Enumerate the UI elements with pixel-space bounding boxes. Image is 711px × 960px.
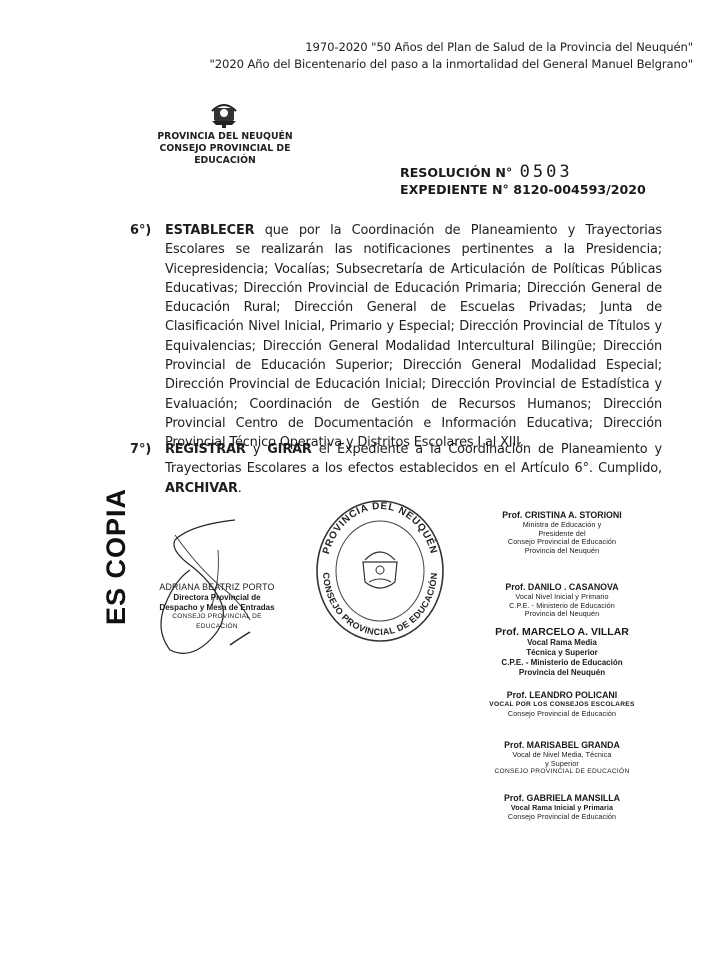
- motto-line-2: "2020 Año del Bicentenario del paso a la…: [210, 56, 693, 73]
- signatory-org: CONSEJO PROVINCIAL DE EDUCACIÓN: [478, 768, 646, 777]
- article-final-verb: ARCHIVAR: [165, 481, 238, 496]
- article-ordinal: 7°): [130, 440, 151, 459]
- article-end: .: [238, 481, 242, 496]
- article-verb-1: REGISTRAR: [165, 442, 246, 457]
- certifier-name: ADRIANA BEATRIZ PORTO: [152, 583, 282, 593]
- article-ordinal: 6°): [130, 221, 151, 240]
- signatory-mansilla: Prof. GABRIELA MANSILLA Vocal Rama Inici…: [478, 793, 646, 821]
- document-references: RESOLUCIÓN N° 0503 EXPEDIENTE N° 8120-00…: [400, 164, 646, 198]
- article-verb: ESTABLECER: [165, 223, 254, 238]
- signatory-province: Provincia del Neuquén: [478, 610, 646, 619]
- signatory-policani: Prof. LEANDRO POLICANI VOCAL POR LOS CON…: [478, 690, 646, 718]
- signatory-role: Vocal Rama Media: [478, 638, 646, 648]
- svg-text:CONSEJO PROVINCIAL DE EDUCACIÓ: CONSEJO PROVINCIAL DE EDUCACIÓN: [321, 572, 439, 637]
- org-council: CONSEJO PROVINCIAL DE EDUCACIÓN: [130, 143, 320, 167]
- svg-text:PROVINCIA DEL NEUQUÉN: PROVINCIA DEL NEUQUÉN: [321, 501, 439, 556]
- article-body: ESTABLECER que por la Coordinación de Pl…: [165, 221, 662, 453]
- article-verb-2: GIRAR: [267, 442, 311, 457]
- certifier-org: CONSEJO PROVINCIAL DE EDUCACIÓN: [152, 612, 282, 632]
- expediente-ref: EXPEDIENTE N° 8120-004593/2020: [400, 181, 646, 198]
- provincial-crest-icon: [206, 99, 242, 129]
- expediente-number: 8120-004593/2020: [513, 182, 646, 197]
- certifier-block: ADRIANA BEATRIZ PORTO Directora Provinci…: [152, 583, 282, 632]
- org-province: PROVINCIA DEL NEUQUÉN: [130, 131, 320, 143]
- article-body: REGISTRAR y GIRAR el Expediente a la Coo…: [165, 440, 662, 498]
- organization-header: PROVINCIA DEL NEUQUÉN CONSEJO PROVINCIAL…: [130, 131, 320, 167]
- signatory-storioni: Prof. CRISTINA A. STORIONI Ministra de E…: [478, 510, 646, 555]
- expediente-label: EXPEDIENTE N°: [400, 182, 509, 197]
- signatory-org: Consejo Provincial de Educación: [478, 710, 646, 719]
- article-text: que por la Coordinación de Planeamiento …: [165, 223, 662, 450]
- resolution-ref: RESOLUCIÓN N° 0503: [400, 164, 646, 181]
- es-copia-stamp: ES COPIA: [101, 488, 132, 625]
- signatory-province: Provincia del Neuquén: [478, 668, 646, 678]
- signatory-role: y Superior: [478, 760, 646, 769]
- certifier-role-1: Directora Provincial de: [152, 593, 282, 603]
- signatory-name: Prof. LEANDRO POLICANI: [478, 690, 646, 701]
- seal-top-text: PROVINCIA DEL NEUQUÉN: [321, 501, 439, 556]
- signatory-org: Consejo Provincial de Educación: [478, 813, 646, 822]
- signatory-province: Provincia del Neuquén: [478, 547, 646, 556]
- signatory-name: Prof. MARCELO A. VILLAR: [478, 626, 646, 638]
- article-conjunction: y: [246, 442, 268, 457]
- signatory-role: Técnica y Superior: [478, 648, 646, 658]
- seal-crest-icon: [363, 552, 397, 588]
- seal-bottom-text: CONSEJO PROVINCIAL DE EDUCACIÓN: [321, 572, 439, 637]
- article-7: 7°) REGISTRAR y GIRAR el Expediente a la…: [130, 440, 662, 498]
- motto-line-1: 1970-2020 "50 Años del Plan de Salud de …: [305, 39, 693, 56]
- article-6: 6°) ESTABLECER que por la Coordinación d…: [130, 221, 662, 453]
- resolution-label: RESOLUCIÓN N°: [400, 165, 512, 180]
- resolution-number: 0503: [520, 162, 573, 182]
- certifier-role-2: Despacho y Mesa de Entradas: [152, 603, 282, 613]
- signatory-granda: Prof. MARISABEL GRANDA Vocal de Nivel Me…: [478, 740, 646, 777]
- signatory-villar: Prof. MARCELO A. VILLAR Vocal Rama Media…: [478, 626, 646, 678]
- signatory-org: C.P.E. - Ministerio de Educación: [478, 658, 646, 668]
- signatory-casanova: Prof. DANILO . CASANOVA Vocal Nivel Inic…: [478, 582, 646, 619]
- official-seal: PROVINCIA DEL NEUQUÉN CONSEJO PROVINCIAL…: [313, 498, 447, 644]
